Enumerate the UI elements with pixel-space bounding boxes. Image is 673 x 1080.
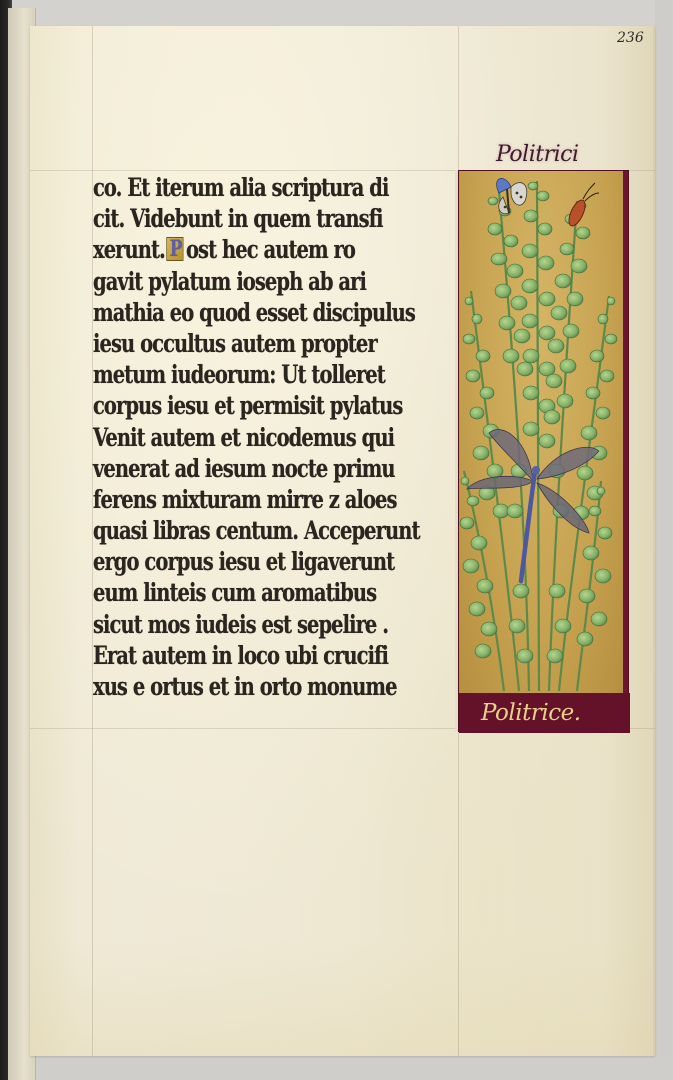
text-line: cit. Videbunt in quem transfi xyxy=(93,203,378,234)
text-line: gavit pylatum ioseph ab ari xyxy=(93,266,378,297)
text-line: eum linteis cum aromatibus xyxy=(93,577,378,608)
text-line: venerat ad iesum nocte primu xyxy=(93,453,378,484)
background-top xyxy=(0,0,673,28)
text-line: co. Et iterum alia scriptura di xyxy=(93,172,378,203)
text-column: co. Et iterum alia scriptura di cit. Vid… xyxy=(93,172,458,702)
plant-illustration xyxy=(459,171,623,693)
gold-ground xyxy=(459,171,623,693)
text-line: mathia eo quod esset discipulus xyxy=(93,297,378,328)
background-bottom xyxy=(0,1055,673,1080)
illustration-caption: Politrice. xyxy=(481,700,581,726)
text-line: metum iudeorum: Ut tolleret xyxy=(93,359,378,390)
text-line: ferens mixturam mirre z aloes xyxy=(93,484,378,515)
text-line: sicut mos iudeis est sepelire . xyxy=(93,609,378,640)
text-line: xerunt.Post hec autem ro xyxy=(93,234,378,265)
illustration-caption-band: Politrice. xyxy=(459,693,630,733)
text-line: quasi libras centum. Acceperunt xyxy=(93,515,378,546)
illuminated-initial: P xyxy=(166,237,183,261)
butterfly-icon xyxy=(497,178,527,213)
folio-number: 236 xyxy=(617,30,644,46)
background-right xyxy=(655,0,673,1080)
text-line: iesu occultus autem propter xyxy=(93,328,378,359)
illustration-title: Politrici xyxy=(496,142,578,167)
illustration-panel: Politrice. xyxy=(458,170,629,732)
text-line: ergo corpus iesu et ligaverunt xyxy=(93,546,378,577)
beetle-icon xyxy=(566,183,599,228)
text-line: Venit autem et nicodemus qui xyxy=(93,422,378,453)
text-line: Erat autem in loco ubi crucifi xyxy=(93,640,378,671)
text-line: corpus iesu et permisit pylatus xyxy=(93,390,378,421)
text-line: xus e ortus et in orto monume xyxy=(93,671,378,702)
